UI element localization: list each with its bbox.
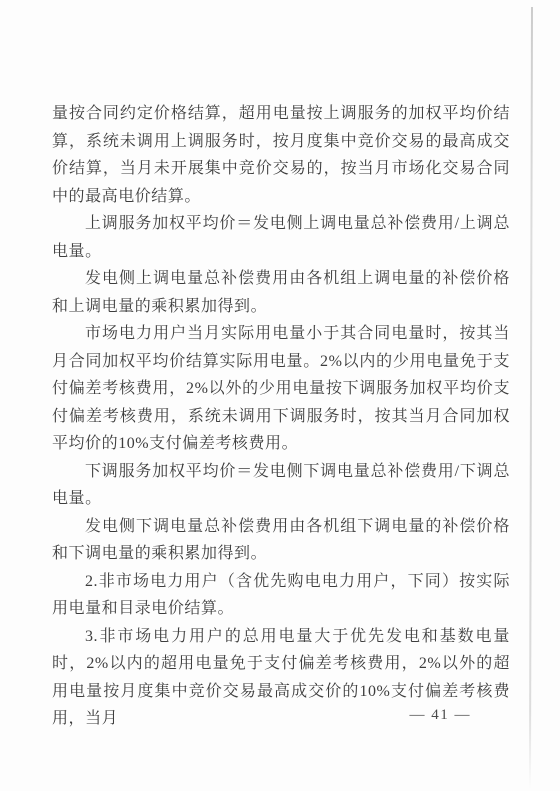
page-number: — 41 — [410, 707, 472, 724]
paragraph-5: 下调服务加权平均价＝发电侧下调电量总补偿费用/下调总电量。 [52, 458, 510, 513]
paragraph-6: 发电侧下调电量总补偿费用由各机组下调电量的补偿价格和下调电量的乘积累加得到。 [52, 513, 510, 568]
scan-edge-line [529, 7, 533, 789]
document-page: 量按合同约定价格结算，超用电量按上调服务的加权平均价结算，系统未调用上调服务时，… [0, 0, 560, 791]
document-body: 量按合同约定价格结算，超用电量按上调服务的加权平均价结算，系统未调用上调服务时，… [52, 100, 510, 733]
paragraph-4: 市场电力用户当月实际用电量小于其合同电量时，按其当月合同加权平均价结算实际用电量… [52, 320, 510, 458]
paragraph-7: 2.非市场电力用户（含优先购电电力用户，下同）按实际用电量和目录电价结算。 [52, 568, 510, 623]
paragraph-2: 上调服务加权平均价＝发电侧上调电量总补偿费用/上调总电量。 [52, 210, 510, 265]
paragraph-1: 量按合同约定价格结算，超用电量按上调服务的加权平均价结算，系统未调用上调服务时，… [52, 100, 510, 210]
paragraph-3: 发电侧上调电量总补偿费用由各机组上调电量的补偿价格和上调电量的乘积累加得到。 [52, 265, 510, 320]
